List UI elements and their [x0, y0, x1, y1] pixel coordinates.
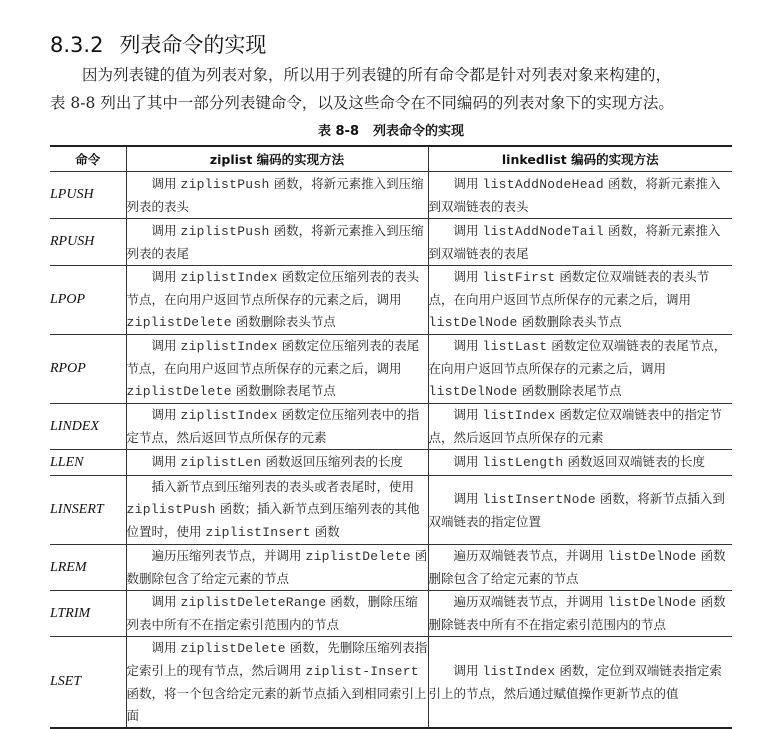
table-row-lindex: LINDEX调用 ziplistIndex 函数定位压缩列表中的指定节点，然后返… — [50, 404, 732, 450]
ziplist-impl-cell: 调用 ziplistDeleteRange 函数，删除压缩列表中所有不在指定索引… — [126, 591, 428, 637]
table-row-rpop: RPOP调用 ziplistIndex 函数定位压缩列表的表尾节点，在向用户返回… — [50, 335, 732, 404]
description-text: 调用 — [454, 269, 483, 284]
function-name: ziplistDelete — [127, 315, 232, 330]
description-text: 调用 — [152, 454, 181, 469]
description-text: 函数删除表尾节点 — [232, 383, 336, 398]
description-text: 函数删除表头节点 — [232, 314, 336, 329]
section-title: 列表命令的实现 — [119, 33, 266, 57]
ziplist-impl-cell: 调用 ziplistIndex 函数定位压缩列表的表头节点，在向用户返回节点所保… — [126, 266, 428, 335]
function-name: ziplistPush — [180, 224, 269, 239]
paragraph-line-1: 因为列表键的值为列表对象，所以用于列表键的所有命令都是针对列表对象来构建的， — [50, 61, 740, 89]
table-caption-title: 列表命令的实现 — [373, 124, 464, 139]
function-name: ziplistPush — [127, 502, 216, 517]
table-body: LPUSH调用 ziplistPush 函数，将新元素推入到压缩列表的表头调用 … — [50, 172, 732, 729]
function-name: ziplistDelete — [127, 384, 232, 399]
description-text: 函数删除表头节点 — [518, 314, 622, 329]
command-cell: LINSERT — [50, 476, 126, 545]
command-cell: RPOP — [50, 335, 126, 404]
table-row-lpop: LPOP调用 ziplistIndex 函数定位压缩列表的表头节点，在向用户返回… — [50, 266, 732, 335]
command-cell: LSET — [50, 637, 126, 729]
function-name: listDelNode — [429, 315, 518, 330]
function-name: listLength — [482, 455, 563, 470]
ziplist-impl-cell: 调用 ziplistLen 函数返回压缩列表的长度 — [126, 450, 428, 476]
section-number: 8.3.2 — [50, 33, 103, 57]
function-name: ziplistIndex — [180, 408, 277, 423]
linkedlist-impl-cell: 调用 listInsertNode 函数，将新节点插入到双端链表的指定位置 — [428, 476, 732, 545]
function-name: ziplist-Insert — [305, 664, 418, 679]
description-text: 调用 — [454, 663, 483, 678]
function-name: ziplistIndex — [180, 339, 277, 354]
description-text: 调用 — [152, 594, 181, 609]
description-text: 函数返回双端链表的长度 — [564, 454, 705, 469]
description-text: 函数返回压缩列表的长度 — [262, 454, 403, 469]
function-name: listLast — [482, 339, 547, 354]
ziplist-impl-cell: 插入新节点到压缩列表的表头或者表尾时，使用 ziplistPush 函数；插入新… — [126, 476, 428, 545]
description-text: 调用 — [152, 176, 181, 191]
description-text: 调用 — [152, 223, 181, 238]
function-name: ziplistIndex — [180, 270, 277, 285]
description-text: 调用 — [454, 223, 483, 238]
ziplist-impl-cell: 遍历压缩列表节点，并调用 ziplistDelete 函数删除包含了给定元素的节… — [126, 545, 428, 591]
header-command: 命令 — [50, 146, 126, 172]
description-text: 调用 — [454, 491, 483, 506]
list-commands-table: 命令 ziplist 编码的实现方法 linkedlist 编码的实现方法 LP… — [50, 145, 732, 729]
description-text: 函数 — [311, 524, 340, 539]
linkedlist-impl-cell: 调用 listLast 函数定位双端链表的表尾节点，在向用户返回节点所保存的元素… — [428, 335, 732, 404]
description-text: 函数删除表尾节点 — [518, 383, 622, 398]
function-name: listIndex — [482, 408, 555, 423]
function-name: listIndex — [482, 664, 555, 679]
function-name: listFirst — [482, 270, 555, 285]
command-cell: LREM — [50, 545, 126, 591]
function-name: listDelNode — [429, 384, 518, 399]
command-cell: LPUSH — [50, 172, 126, 219]
header-linkedlist: linkedlist 编码的实现方法 — [428, 146, 732, 172]
function-name: listDelNode — [607, 549, 696, 564]
function-name: ziplistDelete — [180, 641, 285, 656]
function-name: listAddNodeTail — [482, 224, 604, 239]
command-cell: LTRIM — [50, 591, 126, 637]
table-row-lset: LSET调用 ziplistDelete 函数，先删除压缩列表指定索引上的现有节… — [50, 637, 732, 729]
description-text: 调用 — [454, 176, 483, 191]
function-name: ziplistDelete — [305, 549, 410, 564]
description-text: 遍历压缩列表节点，并调用 — [152, 548, 306, 563]
intro-paragraph: 因为列表键的值为列表对象，所以用于列表键的所有命令都是针对列表对象来构建的， 表… — [50, 61, 740, 117]
linkedlist-impl-cell: 调用 listIndex 函数定位双端链表中的指定节点，然后返回节点所保存的元素 — [428, 404, 732, 450]
description-text: 调用 — [454, 454, 483, 469]
section-heading: 8.3.2列表命令的实现 — [50, 29, 266, 59]
linkedlist-impl-cell: 调用 listFirst 函数定位双端链表的表头节点，在向用户返回节点所保存的元… — [428, 266, 732, 335]
table-row-ltrim: LTRIM调用 ziplistDeleteRange 函数，删除压缩列表中所有不… — [50, 591, 732, 637]
ziplist-impl-cell: 调用 ziplistPush 函数，将新元素推入到压缩列表的表头 — [126, 172, 428, 219]
table-caption: 表 8-8列表命令的实现 — [0, 120, 762, 139]
ziplist-impl-cell: 调用 ziplistDelete 函数，先删除压缩列表指定索引上的现有节点，然后… — [126, 637, 428, 729]
linkedlist-impl-cell: 调用 listAddNodeTail 函数，将新元素推入到双端链表的表尾 — [428, 219, 732, 266]
command-cell: RPUSH — [50, 219, 126, 266]
table-row-llen: LLEN调用 ziplistLen 函数返回压缩列表的长度调用 listLeng… — [50, 450, 732, 476]
table-row-rpush: RPUSH调用 ziplistPush 函数，将新元素推入到压缩列表的表尾调用 … — [50, 219, 732, 266]
function-name: listAddNodeHead — [482, 177, 604, 192]
table-row-linsert: LINSERT插入新节点到压缩列表的表头或者表尾时，使用 ziplistPush… — [50, 476, 732, 545]
function-name: ziplistInsert — [205, 525, 310, 540]
ziplist-impl-cell: 调用 ziplistPush 函数，将新元素推入到压缩列表的表尾 — [126, 219, 428, 266]
function-name: ziplistLen — [180, 455, 261, 470]
table-caption-number: 表 8-8 — [318, 124, 359, 139]
function-name: listInsertNode — [482, 492, 595, 507]
command-cell: LINDEX — [50, 404, 126, 450]
description-text: 调用 — [454, 338, 483, 353]
description-text: 调用 — [152, 338, 181, 353]
command-cell: LLEN — [50, 450, 126, 476]
function-name: ziplistDeleteRange — [180, 595, 326, 610]
description-text: 遍历双端链表节点，并调用 — [454, 548, 608, 563]
table-row-lpush: LPUSH调用 ziplistPush 函数，将新元素推入到压缩列表的表头调用 … — [50, 172, 732, 219]
linkedlist-impl-cell: 调用 listIndex 函数，定位到双端链表指定索引上的节点，然后通过赋值操作… — [428, 637, 732, 729]
description-text: 调用 — [152, 407, 181, 422]
table-header-row: 命令 ziplist 编码的实现方法 linkedlist 编码的实现方法 — [50, 146, 732, 172]
description-text: 遍历双端链表节点，并调用 — [454, 594, 608, 609]
linkedlist-impl-cell: 调用 listLength 函数返回双端链表的长度 — [428, 450, 732, 476]
linkedlist-impl-cell: 调用 listAddNodeHead 函数，将新元素推入到双端链表的表头 — [428, 172, 732, 219]
table-row-lrem: LREM遍历压缩列表节点，并调用 ziplistDelete 函数删除包含了给定… — [50, 545, 732, 591]
description-text: 插入新节点到压缩列表的表头或者表尾时，使用 — [152, 479, 415, 494]
function-name: ziplistPush — [180, 177, 269, 192]
description-text: 调用 — [152, 640, 181, 655]
header-ziplist: ziplist 编码的实现方法 — [126, 146, 428, 172]
description-text: 调用 — [152, 269, 181, 284]
paragraph-line-2: 表 8-8 列出了其中一部分列表键命令，以及这些命令在不同编码的列表对象下的实现… — [50, 89, 740, 117]
description-text: 函数，将一个包含给定元素的新节点插入到相同索引上面 — [127, 686, 427, 723]
description-text: 调用 — [454, 407, 483, 422]
function-name: listDelNode — [607, 595, 696, 610]
linkedlist-impl-cell: 遍历双端链表节点，并调用 listDelNode 函数删除包含了给定元素的节点 — [428, 545, 732, 591]
ziplist-impl-cell: 调用 ziplistIndex 函数定位压缩列表中的指定节点，然后返回节点所保存… — [126, 404, 428, 450]
command-cell: LPOP — [50, 266, 126, 335]
ziplist-impl-cell: 调用 ziplistIndex 函数定位压缩列表的表尾节点，在向用户返回节点所保… — [126, 335, 428, 404]
linkedlist-impl-cell: 遍历双端链表节点，并调用 listDelNode 函数删除链表中所有不在指定索引… — [428, 591, 732, 637]
